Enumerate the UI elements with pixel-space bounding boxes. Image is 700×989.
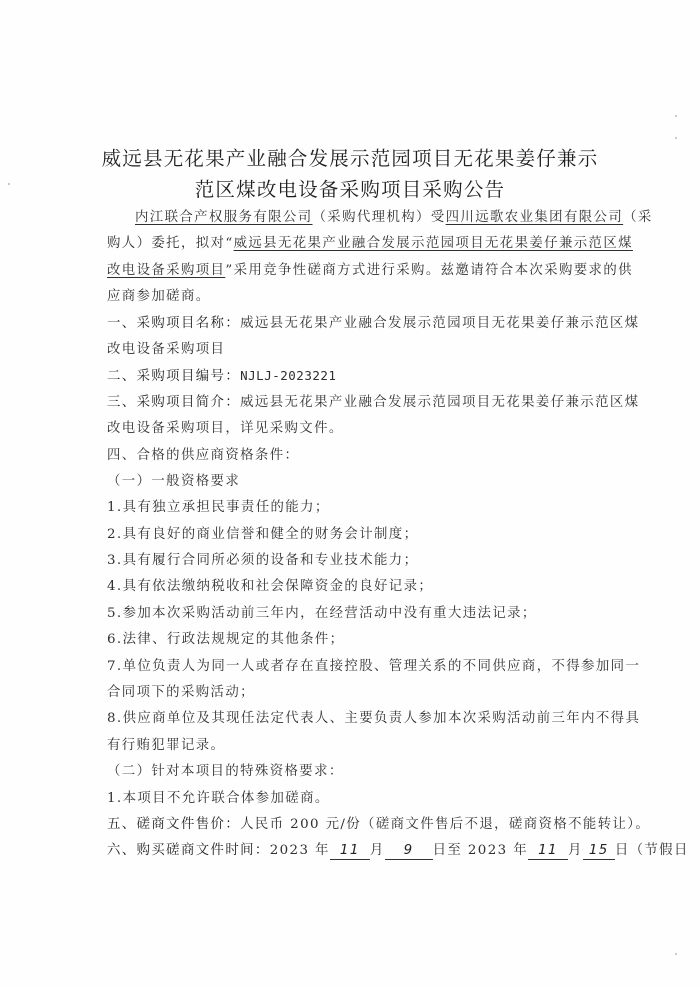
purchaser: 四川远歌农业集团有限公司 — [446, 210, 624, 225]
scan-speck — [675, 115, 677, 117]
section-3-value-a: 威远县无花果产业融合发展示范园项目无花果姜仔兼示范区煤 — [240, 395, 639, 410]
general-requirement-1: 1.具有独立承担民事责任的能力； — [107, 495, 583, 521]
general-requirement-4: 4.具有依法缴纳税收和社会保障资金的良好记录； — [107, 574, 583, 600]
start-month-handwritten: 11 — [330, 843, 370, 860]
section-1-label: 一、采购项目名称： — [107, 316, 240, 331]
section-6-tail: 日（节假日 — [615, 843, 689, 858]
general-requirement-8-line-2: 有行贿犯罪记录。 — [107, 733, 583, 759]
procurement-agency: 内江联合产权服务有限公司 — [135, 210, 313, 225]
section-3-line-2: 改电设备采购项目，详见采购文件。 — [107, 416, 583, 442]
start-year: 2023 年 — [270, 843, 330, 858]
general-requirement-5: 5.参加本次采购活动前三年内，在经营活动中没有重大违法记录； — [107, 601, 583, 627]
start-day-handwritten: 9 — [385, 843, 433, 860]
section-3-label: 三、采购项目简介： — [107, 395, 240, 410]
general-requirement-6: 6.法律、行政法规规定的其他条件； — [107, 627, 583, 653]
project-name-part-2: 改电设备采购项目 — [107, 263, 225, 278]
intro-paragraph-line-4: 应商参加磋商。 — [107, 284, 583, 310]
section-5-line: 五、磋商文件售价：人民币 200 元/份（磋商文件售后不退，磋商资格不能转让）。 — [107, 812, 583, 838]
intro-paragraph-line-2: 购人）委托，拟对“威远县无花果产业融合发展示范园项目无花果姜仔兼示范区煤 — [107, 231, 583, 257]
special-requirements-heading: （二）针对本项目的特殊资格要求： — [107, 759, 583, 785]
section-3-line-1: 三、采购项目简介：威远县无花果产业融合发展示范园项目无花果姜仔兼示范区煤 — [107, 390, 583, 416]
section-2-label: 二、采购项目编号： — [107, 369, 240, 384]
intro-paragraph-line-1: 内江联合产权服务有限公司（采购代理机构）受四川远歌农业集团有限公司（采 — [107, 205, 583, 231]
day-to-year: 日至 2023 年 — [433, 843, 528, 858]
section-1-value-a: 威远县无花果产业融合发展示范园项目无花果姜仔兼示范区煤 — [240, 316, 639, 331]
general-requirement-3: 3.具有履行合同所必须的设备和专业技术能力； — [107, 548, 583, 574]
purchaser-role-b: 购人）委托，拟对“ — [107, 236, 234, 251]
document-price: 人民币 200 元/份（磋商文件售后不退，磋商资格不能转让）。 — [240, 817, 650, 832]
general-requirement-2: 2.具有良好的商业信誉和健全的财务会计制度； — [107, 522, 583, 548]
general-requirements-heading: （一）一般资格要求 — [107, 469, 583, 495]
section-6-label: 六、购买磋商文件时间： — [107, 843, 270, 858]
end-month-handwritten: 11 — [528, 843, 568, 860]
document-page: 威远县无花果产业融合发展示范园项目无花果姜仔兼示 范区煤改电设备采购项目采购公告… — [0, 0, 700, 989]
section-2-line: 二、采购项目编号：NJLJ-2023221 — [107, 363, 583, 389]
document-title-line-1: 威远县无花果产业融合发展示范园项目无花果姜仔兼示 — [100, 143, 600, 171]
intro-paragraph-line-3: 改电设备采购项目”采用竞争性磋商方式进行采购。兹邀请符合本次采购要求的供 — [107, 258, 583, 284]
scan-speck — [675, 953, 677, 955]
document-title-line-2: 范区煤改电设备采购项目采购公告 — [100, 174, 600, 202]
section-6-line: 六、购买磋商文件时间：2023 年11月9日至 2023 年11月15日（节假日 — [107, 838, 583, 864]
general-requirement-7-line-1: 7.单位负责人为同一人或者存在直接控股、管理关系的不同供应商，不得参加同一 — [107, 654, 583, 680]
intro-after-project: ”采用竞争性磋商方式进行采购。兹邀请符合本次采购要求的供 — [225, 263, 633, 278]
section-1-line-2: 改电设备采购项目 — [107, 337, 583, 363]
section-5-label: 五、磋商文件售价： — [107, 817, 240, 832]
general-requirement-7-line-2: 合同项下的采购活动； — [107, 680, 583, 706]
project-number: NJLJ-2023221 — [240, 368, 336, 383]
scan-speck — [8, 183, 10, 185]
general-requirement-8-line-1: 8.供应商单位及其现任法定代表人、主要负责人参加本次采购活动前三年内不得具 — [107, 706, 583, 732]
section-4-heading: 四、合格的供应商资格条件： — [107, 443, 583, 469]
purchaser-role-a: （采 — [623, 210, 653, 225]
section-1-line-1: 一、采购项目名称：威远县无花果产业融合发展示范园项目无花果姜仔兼示范区煤 — [107, 311, 583, 337]
month-label: 月 — [370, 843, 385, 858]
end-day-handwritten: 15 — [583, 843, 615, 860]
document-body: 内江联合产权服务有限公司（采购代理机构）受四川远歌农业集团有限公司（采 购人）委… — [107, 205, 583, 865]
agency-role: （采购代理机构）受 — [313, 210, 446, 225]
project-name-part-1: 威远县无花果产业融合发展示范园项目无花果姜仔兼示范区煤 — [234, 236, 633, 251]
month-label-2: 月 — [568, 843, 583, 858]
special-requirement-1: 1.本项目不允许联合体参加磋商。 — [107, 786, 583, 812]
scan-speck — [675, 137, 677, 139]
